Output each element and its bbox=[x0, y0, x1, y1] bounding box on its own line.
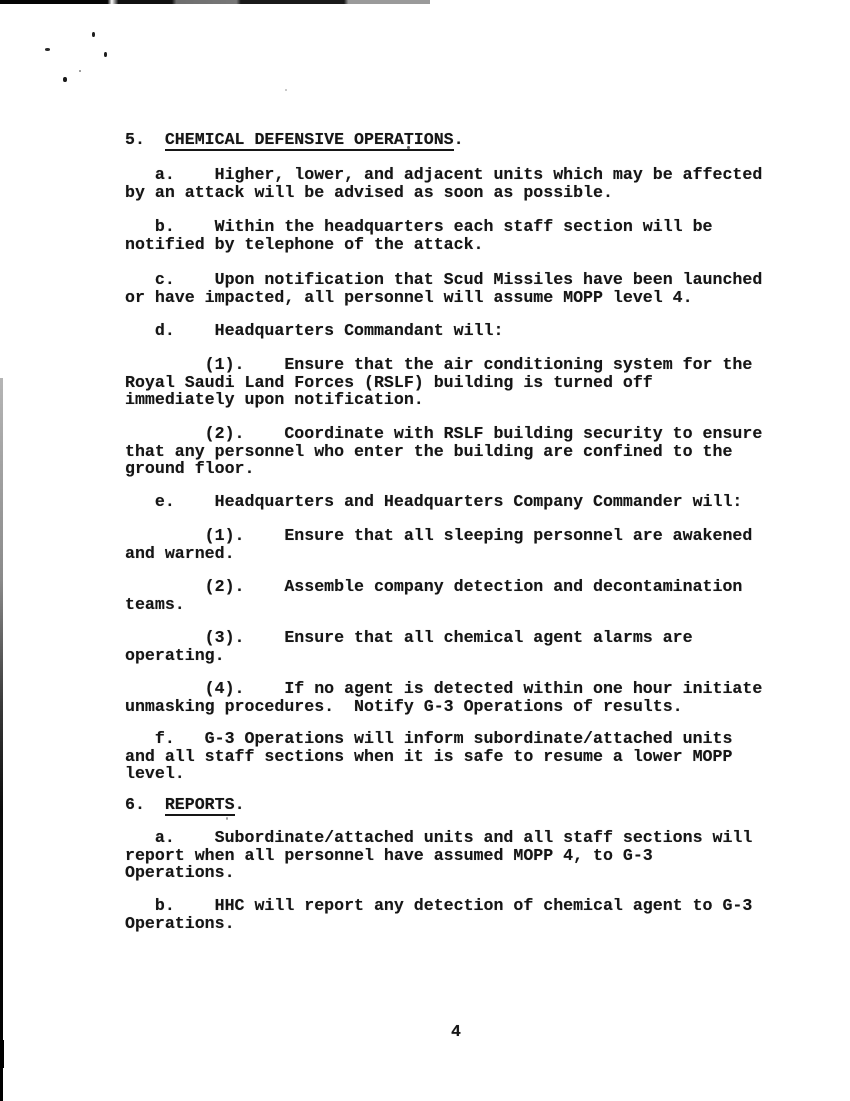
scan-speck bbox=[45, 48, 50, 51]
section-6-heading-title: REPORTS bbox=[165, 795, 235, 816]
scan-artifact-left-edge-blob bbox=[0, 1040, 4, 1068]
scan-speck bbox=[92, 32, 95, 37]
section-5-heading: 5. CHEMICAL DEFENSIVE OPERATIONS. bbox=[125, 131, 464, 149]
scan-speck bbox=[285, 89, 287, 91]
para-5e2: (2). Assemble company detection and deco… bbox=[125, 578, 742, 613]
section-5-heading-title: CHEMICAL DEFENSIVE OPERATIONS bbox=[165, 130, 454, 151]
section-6-heading-number: 6. bbox=[125, 795, 165, 814]
scan-speck bbox=[226, 817, 228, 820]
para-5c: c. Upon notification that Scud Missiles … bbox=[125, 271, 762, 306]
scanned-document-page: 5. CHEMICAL DEFENSIVE OPERATIONS. a. Hig… bbox=[0, 0, 850, 1101]
para-6b: b. HHC will report any detection of chem… bbox=[125, 897, 752, 932]
section-5-heading-period: . bbox=[454, 130, 464, 149]
page-number: 4 bbox=[451, 1023, 461, 1041]
para-5d: d. Headquarters Commandant will: bbox=[125, 322, 503, 340]
scan-speck bbox=[63, 77, 67, 82]
para-6a: a. Subordinate/attached units and all st… bbox=[125, 829, 752, 882]
section-5-heading-number: 5. bbox=[125, 130, 165, 149]
para-5e1: (1). Ensure that all sleeping personnel … bbox=[125, 527, 752, 562]
scan-speck bbox=[104, 52, 107, 57]
para-5e4: (4). If no agent is detected within one … bbox=[125, 680, 762, 715]
para-5b: b. Within the headquarters each staff se… bbox=[125, 218, 713, 253]
para-5a: a. Higher, lower, and adjacent units whi… bbox=[125, 166, 762, 201]
scan-artifact-top-bar bbox=[0, 0, 430, 4]
para-5d2: (2). Coordinate with RSLF building secur… bbox=[125, 425, 762, 478]
scan-artifact-left-edge-line bbox=[0, 378, 3, 1101]
scan-speck bbox=[79, 70, 81, 72]
para-5e3: (3). Ensure that all chemical agent alar… bbox=[125, 629, 693, 664]
section-6-heading-period: . bbox=[235, 795, 245, 814]
para-5f: f. G-3 Operations will inform subordinat… bbox=[125, 730, 732, 783]
para-5d1: (1). Ensure that the air conditioning sy… bbox=[125, 356, 752, 409]
para-5e: e. Headquarters and Headquarters Company… bbox=[125, 493, 742, 511]
section-6-heading: 6. REPORTS. bbox=[125, 796, 245, 814]
